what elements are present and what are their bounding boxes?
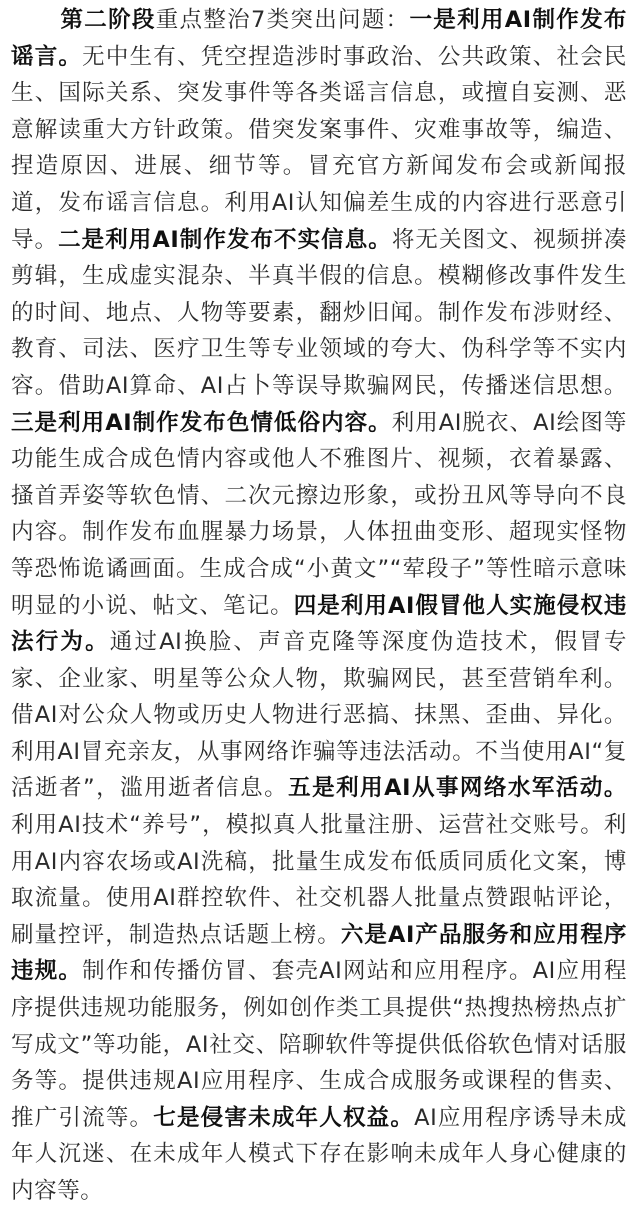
issue-2-heading: 二是利用AI制作发布不实信息。 xyxy=(58,227,392,253)
issue-3-heading: 三是利用AI制作发布色情低俗内容。 xyxy=(11,410,392,436)
intro-text: 重点整治7类突出问题： xyxy=(156,7,410,33)
issue-3-text: 利用AI脱衣、AI绘图等功能生成合成色情内容或他人不雅图片、视频，衣着暴露、搔首… xyxy=(11,410,627,619)
paragraph: 第二阶段重点整治7类突出问题：一是利用AI制作发布谣言。无中生有、凭空捏造涉时事… xyxy=(11,2,627,665)
article-body: 第二阶段重点整治7类突出问题：一是利用AI制作发布谣言。无中生有、凭空捏造涉时事… xyxy=(11,0,627,665)
issue-1-text: 无中生有、凭空捏造涉时事政治、公共政策、社会民生、国际关系、突发事件等各类谣言信… xyxy=(11,44,627,253)
stage-label: 第二阶段 xyxy=(61,7,156,33)
